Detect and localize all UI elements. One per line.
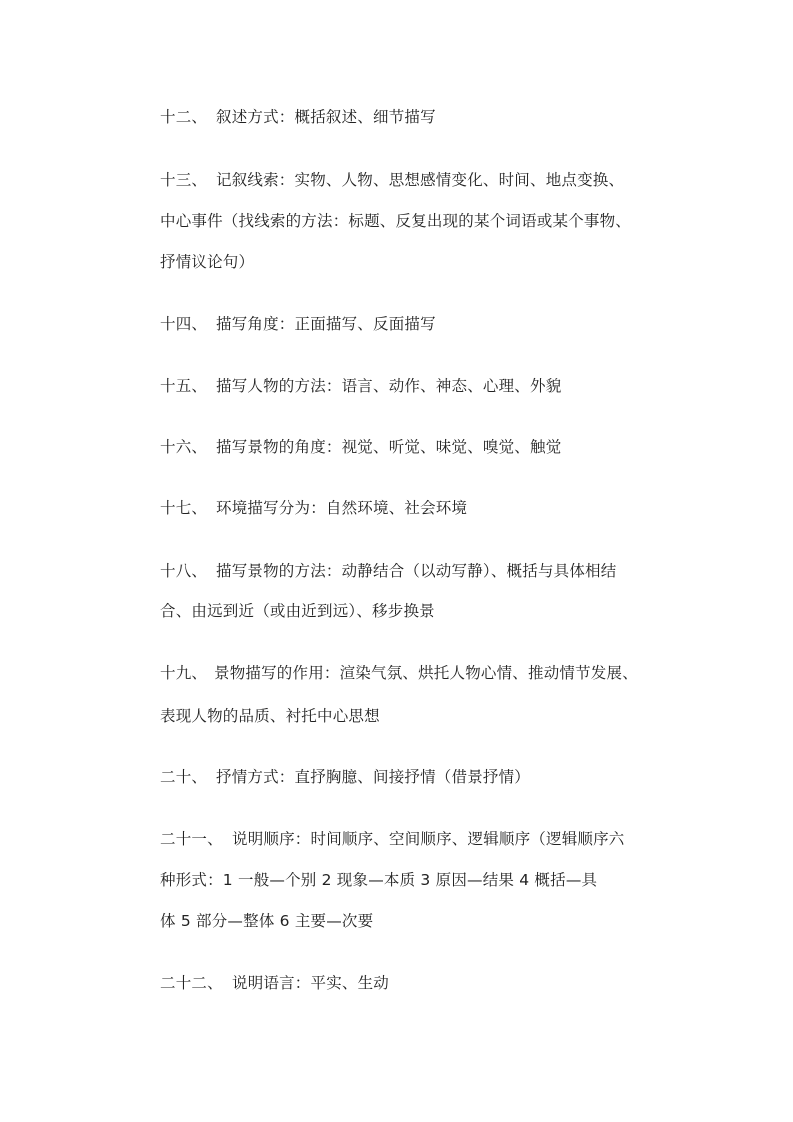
item-number: 十八、 [160, 561, 216, 581]
item-text: 描写角度：正面描写、反面描写 [216, 315, 436, 333]
item-14-line-1: 十四、描写角度：正面描写、反面描写 [160, 314, 436, 334]
item-15-line-1: 十五、描写人物的方法：语言、动作、神态、心理、外貌 [160, 376, 561, 396]
item-number: 二十一、 [160, 829, 232, 849]
item-text: 说明顺序：时间顺序、空间顺序、逻辑顺序（逻辑顺序六 [232, 830, 625, 848]
item-21-line-2: 种形式：1 一般—个别 2 现象—本质 3 原因—结果 4 概括—具 [160, 870, 597, 890]
item-20-line-1: 二十、抒情方式：直抒胸臆、间接抒情（借景抒情） [160, 767, 530, 787]
item-number: 二十二、 [160, 973, 232, 993]
item-19-line-2: 表现人物的品质、衬托中心思想 [160, 706, 380, 726]
item-number: 十四、 [160, 314, 216, 334]
item-number: 十九、 [160, 663, 214, 683]
item-19-line-1: 十九、景物描写的作用：渲染气氛、烘托人物心情、推动情节发展、 [160, 663, 638, 683]
item-16-line-1: 十六、描写景物的角度：视觉、听觉、味觉、嗅觉、触觉 [160, 437, 561, 457]
item-13-line-1: 十三、记叙线索：实物、人物、思想感情变化、时间、地点变换、 [160, 170, 624, 190]
item-number: 十五、 [160, 376, 216, 396]
item-21-line-3: 体 5 部分—整体 6 主要—次要 [160, 911, 373, 931]
item-18-line-1: 十八、描写景物的方法：动静结合（以动写静）、概括与具体相结 [160, 561, 616, 581]
item-number: 十三、 [160, 170, 216, 190]
item-number: 二十、 [160, 767, 216, 787]
item-17-line-1: 十七、环境描写分为：自然环境、社会环境 [160, 498, 467, 518]
item-text: 记叙线索：实物、人物、思想感情变化、时间、地点变换、 [216, 171, 624, 189]
item-text: 描写人物的方法：语言、动作、神态、心理、外貌 [216, 377, 561, 395]
item-text: 叙述方式：概括叙述、细节描写 [216, 108, 436, 126]
item-13-line-3: 抒情议论句） [160, 252, 254, 272]
item-13-line-2: 中心事件（找线索的方法：标题、反复出现的某个词语或某个事物、 [160, 211, 631, 231]
item-text: 描写景物的方法：动静结合（以动写静）、概括与具体相结 [216, 562, 616, 580]
item-18-line-2: 合、由远到近（或由近到远）、移步换景 [160, 601, 435, 621]
item-text: 说明语言：平实、生动 [232, 974, 389, 992]
item-12-line-1: 十二、叙述方式：概括叙述、细节描写 [160, 107, 436, 127]
item-text: 景物描写的作用：渲染气氛、烘托人物心情、推动情节发展、 [214, 664, 638, 682]
item-text: 环境描写分为：自然环境、社会环境 [216, 499, 467, 517]
item-text: 描写景物的角度：视觉、听觉、味觉、嗅觉、触觉 [216, 438, 561, 456]
item-21-line-1: 二十一、说明顺序：时间顺序、空间顺序、逻辑顺序（逻辑顺序六 [160, 829, 625, 849]
item-number: 十六、 [160, 437, 216, 457]
item-text: 抒情方式：直抒胸臆、间接抒情（借景抒情） [216, 768, 530, 786]
item-22-line-1: 二十二、说明语言：平实、生动 [160, 973, 389, 993]
item-number: 十二、 [160, 107, 216, 127]
item-number: 十七、 [160, 498, 216, 518]
